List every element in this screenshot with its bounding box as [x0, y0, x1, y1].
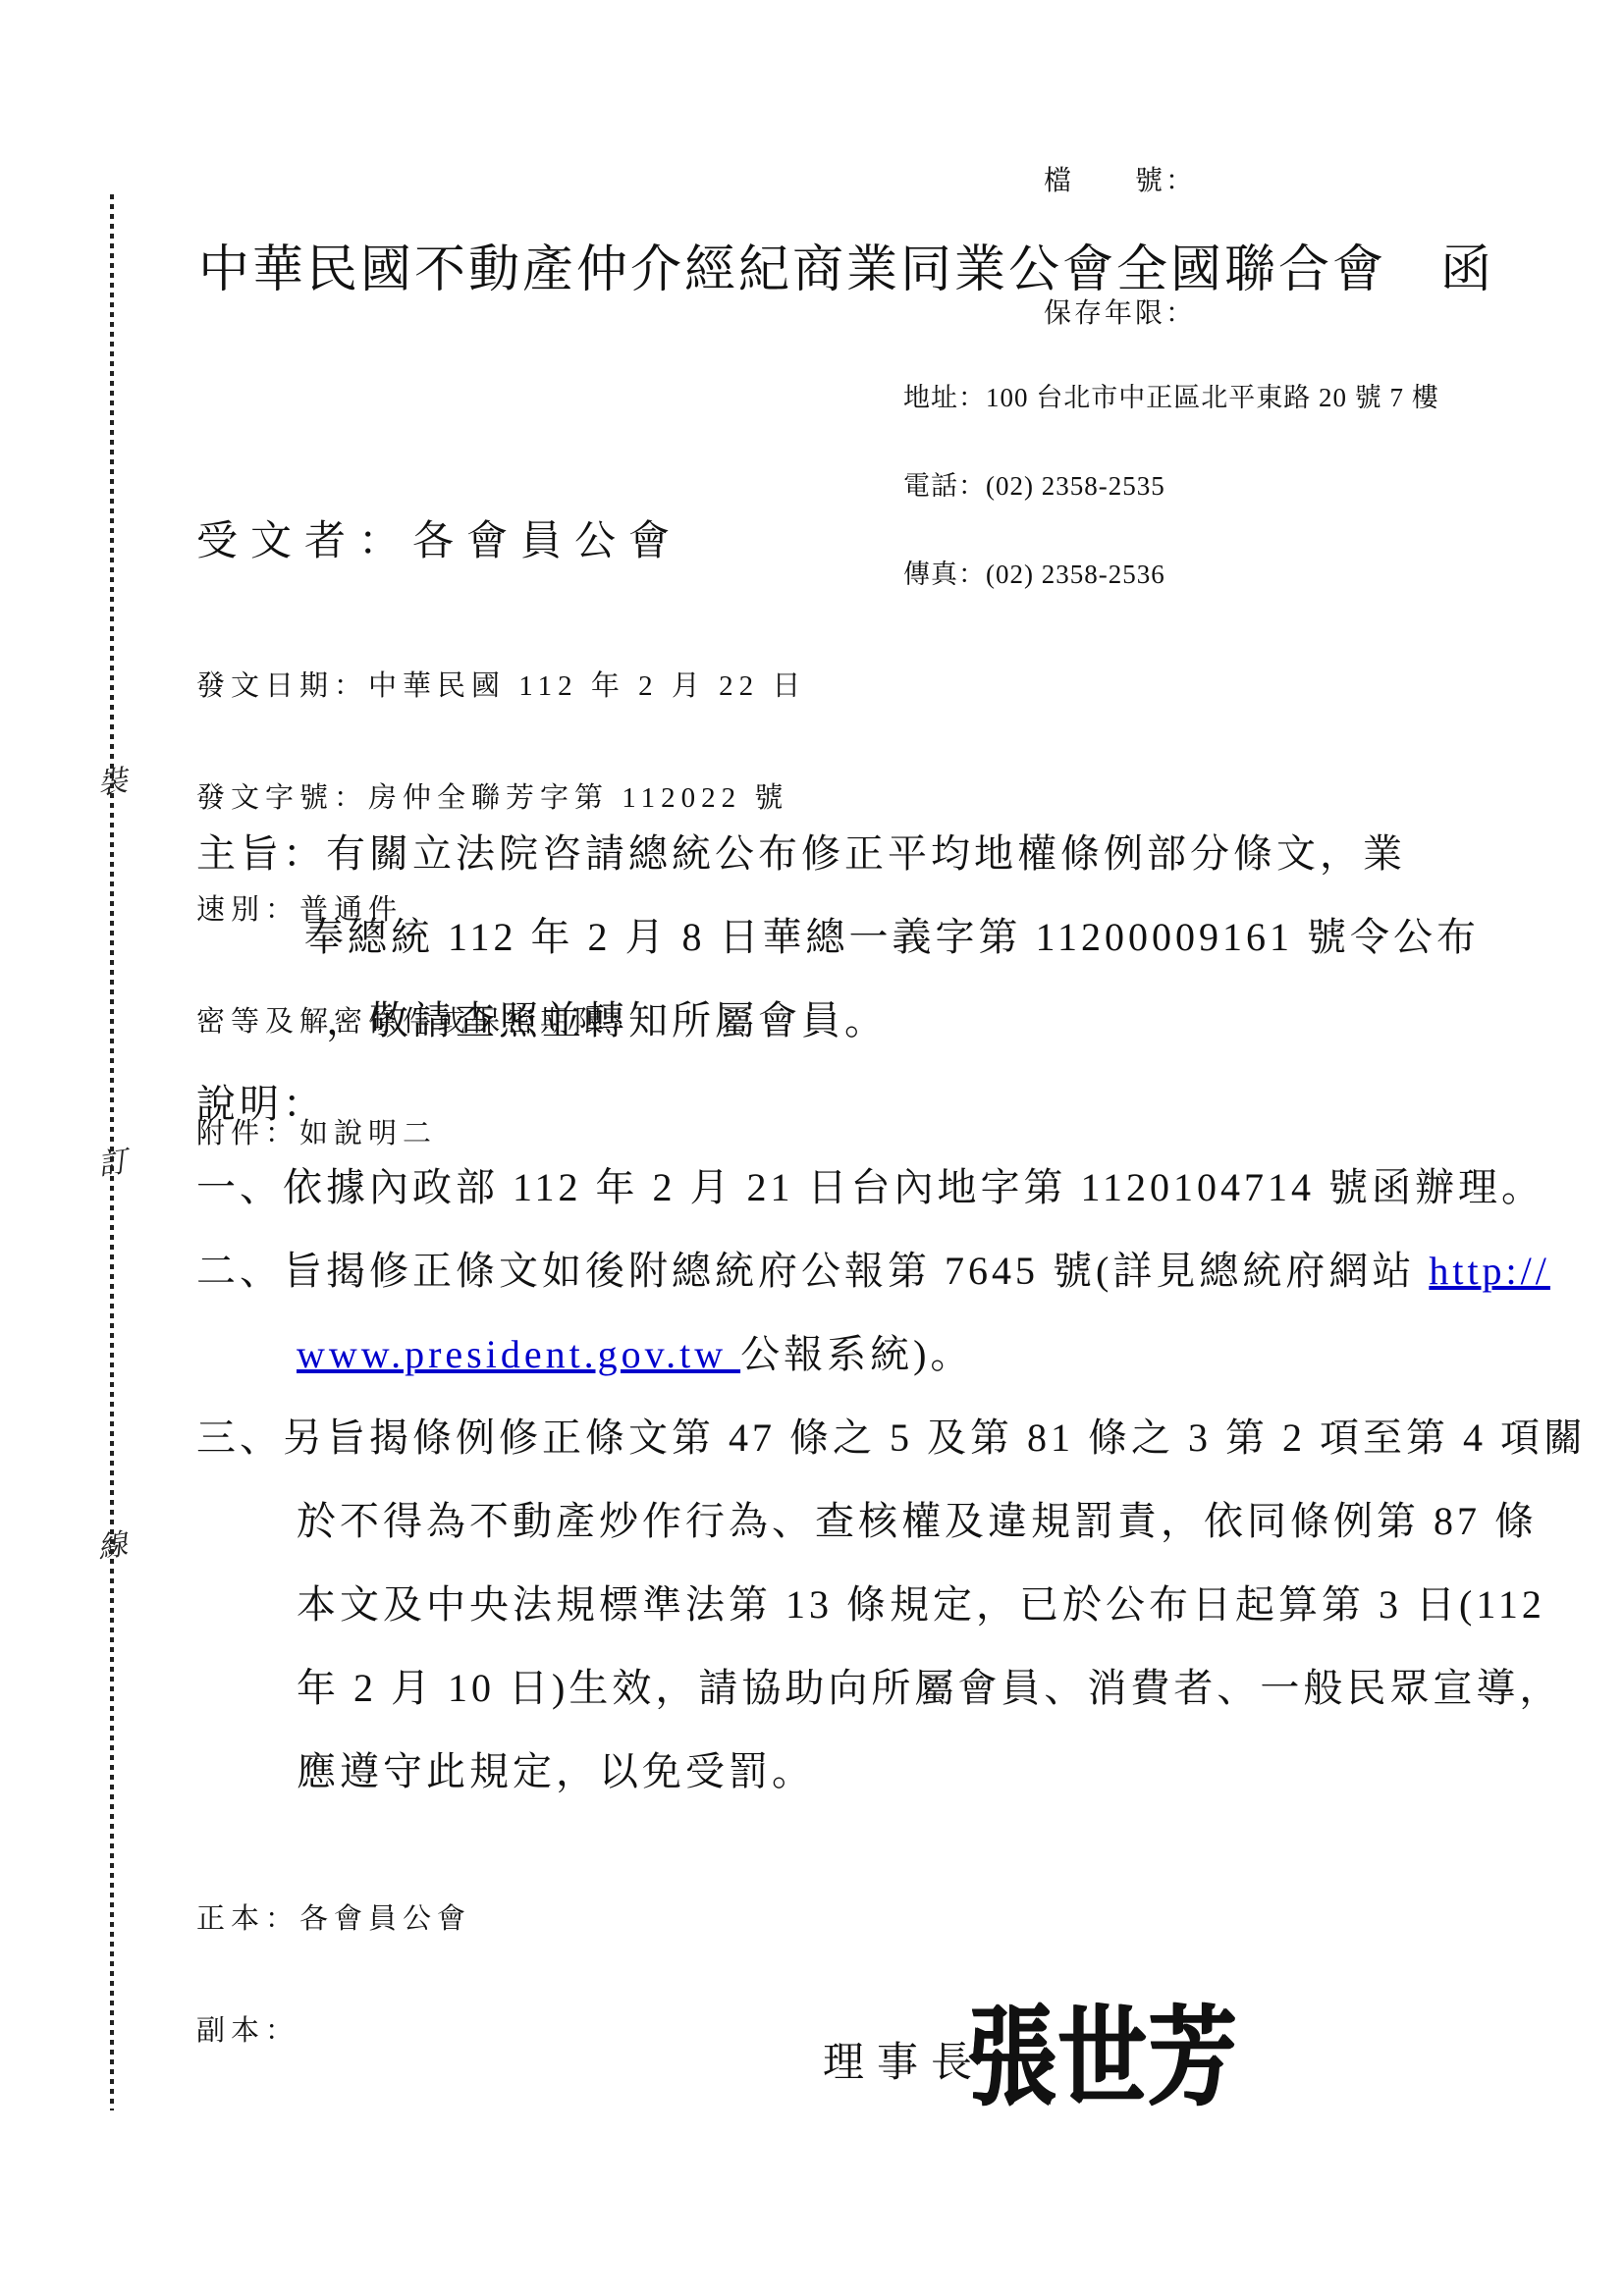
sender-phone: 電話：(02) 2358-2535: [903, 471, 1439, 501]
subject-line-1: 主旨：有關立法院咨請總統公布修正平均地權條例部分條文，業: [196, 829, 1483, 913]
dispatch-date: 發文日期：中華民國 112 年 2 月 22 日: [196, 667, 806, 705]
item-1-text: 依據內政部 112 年 2 月 21 日台內地字第 1120104714 號函辦…: [283, 1165, 1544, 1209]
item-2-marker: 二、: [196, 1249, 283, 1293]
chairman-signature-name: 張世芳: [967, 1971, 1238, 2126]
item-2-text-end: 公報系統)。: [740, 1332, 973, 1376]
item-3-text-1: 另旨揭條例修正條文第 47 條之 5 及第 81 條之 3 第 2 項至第 4 …: [283, 1415, 1587, 1460]
explanation-item-3-line-3: 本文及中央法規標準法第 13 條規定，已於公布日起算第 3 日(112: [196, 1580, 1483, 1664]
subject-line-2: 奉總統 112 年 2 月 8 日華總一義字第 11200009161 號令公布: [196, 913, 1483, 996]
document-title: 中華民國不動產仲介經紀商業同業公會全國聯合會 函: [198, 228, 1494, 301]
item-3-marker: 三、: [196, 1415, 283, 1460]
chairman-title: 理事長: [823, 2030, 985, 2089]
original-copy-line: 正本：各會員公會: [196, 1900, 471, 1938]
cc-copy-line: 副本：: [196, 2012, 471, 2050]
item-1-marker: 一、: [196, 1165, 283, 1209]
explanation-heading: 說明：: [196, 1080, 1483, 1163]
binding-mark-zhuang: 裝: [89, 755, 135, 803]
binding-mark-xian: 線: [89, 1519, 135, 1567]
president-website-link-part-1[interactable]: http://: [1429, 1249, 1550, 1293]
file-number-label: 檔 號：: [1044, 159, 1196, 203]
item-2-text: 旨揭修正條文如後附總統府公報第 7645 號(詳見總統府網站: [283, 1249, 1429, 1293]
explanation-item-3-line-4: 年 2 月 10 日)生效，請協助向所屬會員、消費者、一般民眾宣導，: [196, 1664, 1483, 1747]
dispatch-number: 發文字號：房仲全聯芳字第 112022 號: [196, 779, 806, 817]
explanation-item-3-line-2: 於不得為不動產炒作行為、查核權及違規罰責，依同條例第 87 條: [196, 1497, 1483, 1580]
letter-body: 主旨：有關立法院咨請總統公布修正平均地權條例部分條文，業 奉總統 112 年 2…: [196, 829, 1483, 1831]
subject-line-3: ，敬請查照並轉知所屬會員。: [196, 996, 1483, 1080]
sender-contact-block: 地址：100 台北市中正區北平東路 20 號 7 樓 電話：(02) 2358-…: [903, 324, 1439, 648]
sender-address: 地址：100 台北市中正區北平東路 20 號 7 樓: [903, 383, 1439, 412]
explanation-item-3-line-5: 應遵守此規定，以免受罰。: [196, 1747, 1483, 1831]
explanation-item-2-line-2: www.president.gov.tw 公報系統)。: [196, 1330, 1483, 1414]
sender-fax: 傳真：(02) 2358-2536: [903, 560, 1439, 589]
binding-mark-ding: 訂: [89, 1136, 135, 1184]
explanation-item-1: 一、依據內政部 112 年 2 月 21 日台內地字第 1120104714 號…: [196, 1163, 1483, 1247]
recipient-line: 受文者：各會員公會: [196, 508, 682, 567]
official-letter-page: 裝 訂 線 檔 號： 保存年限： 中華民國不動產仲介經紀商業同業公會全國聯合會 …: [0, 0, 1624, 2296]
copies-block: 正本：各會員公會 副本：: [196, 1826, 471, 2124]
explanation-item-3-line-1: 三、另旨揭條例修正條文第 47 條之 5 及第 81 條之 3 第 2 項至第 …: [196, 1414, 1483, 1497]
president-website-link-part-2[interactable]: www.president.gov.tw: [297, 1332, 740, 1376]
explanation-item-2-line-1: 二、旨揭修正條文如後附總統府公報第 7645 號(詳見總統府網站 http://: [196, 1247, 1483, 1330]
